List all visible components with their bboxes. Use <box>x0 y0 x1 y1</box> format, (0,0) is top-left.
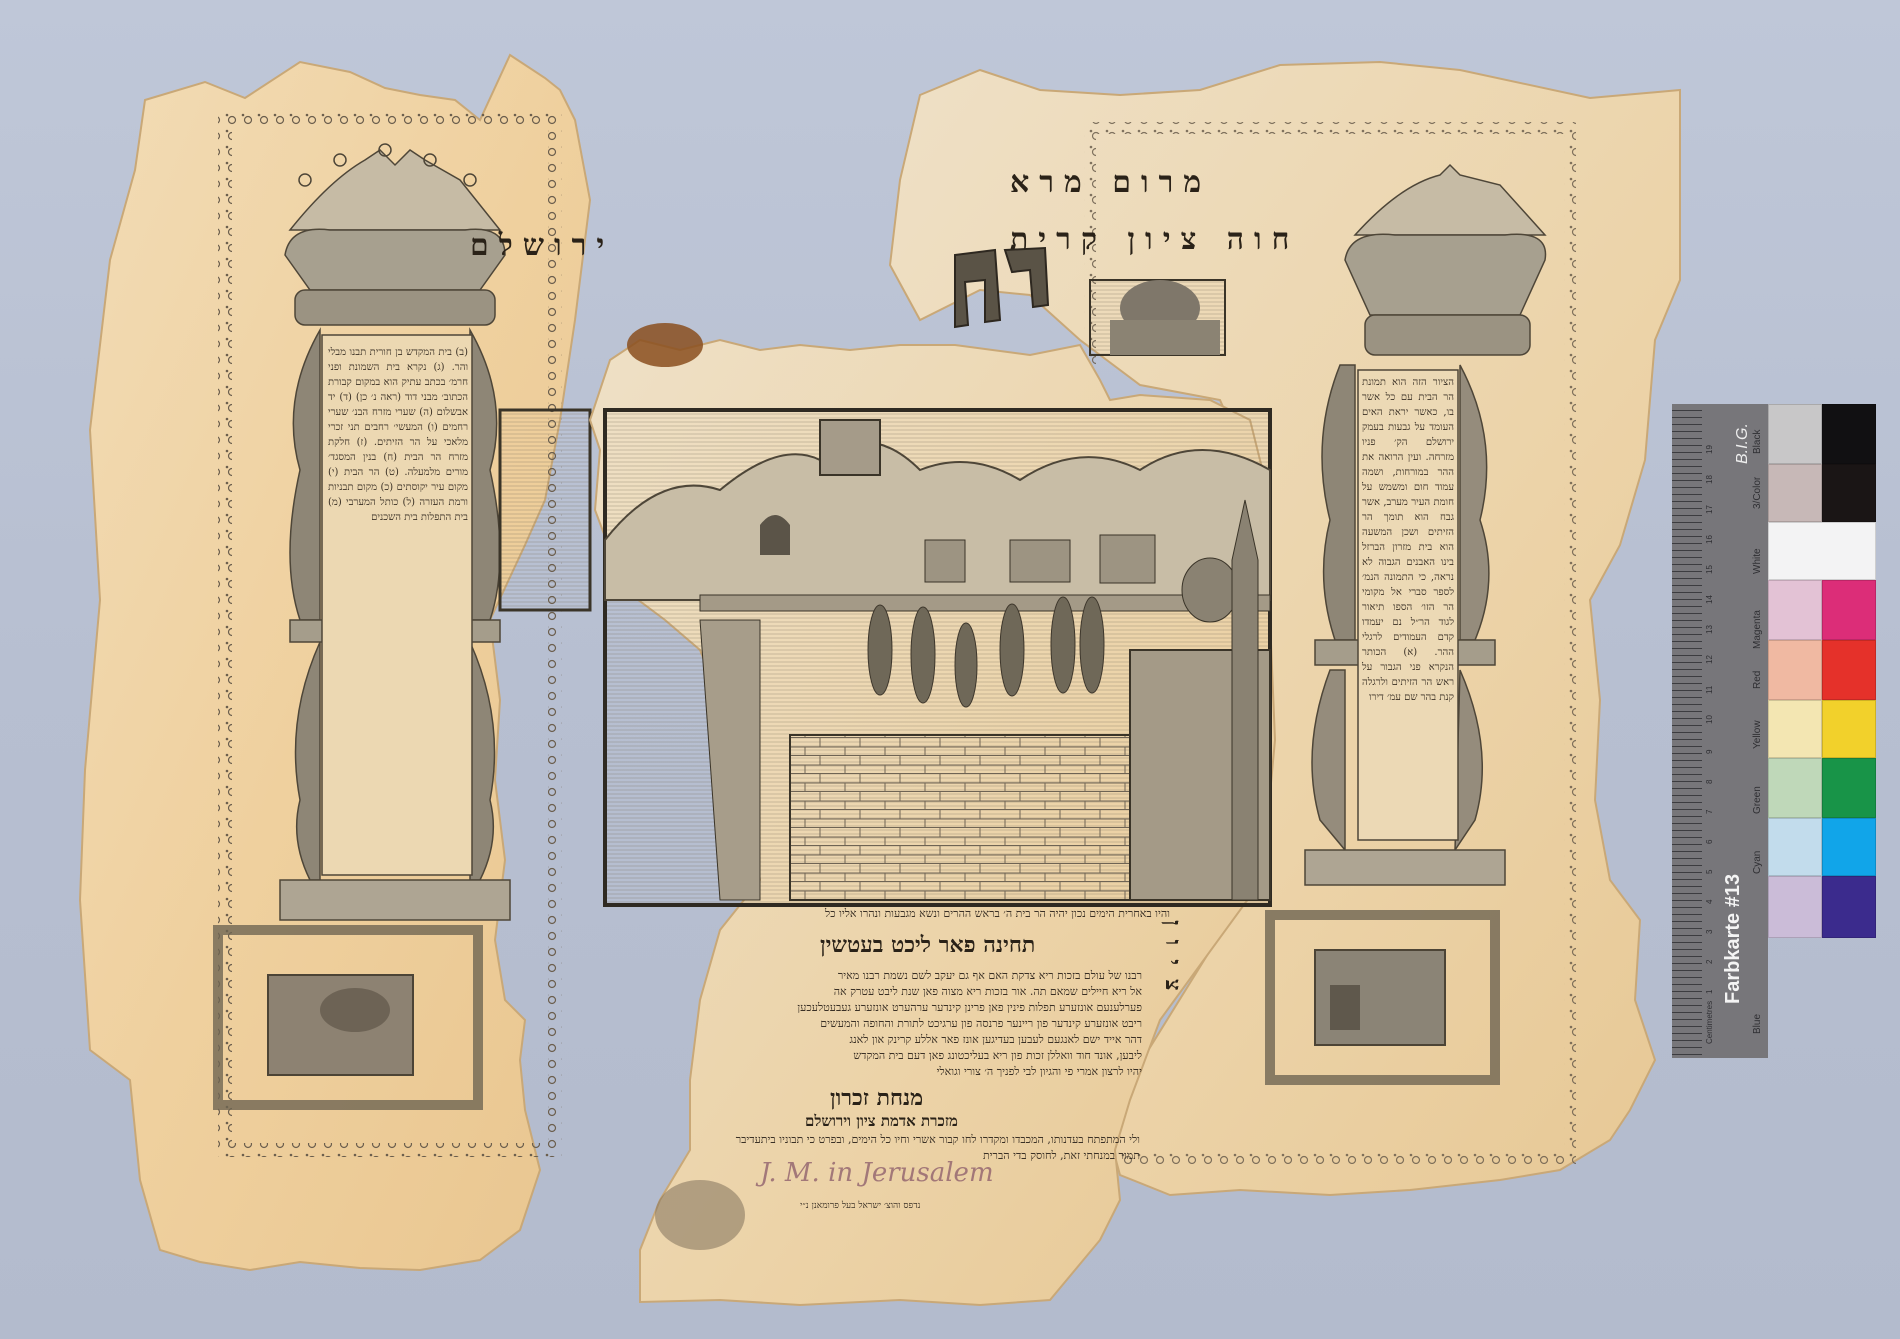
vertical-hebrew-text: ציון <box>1160 920 1186 1005</box>
body-line: ליבען, אונד חוד וואללן זכות פון ריא בעלי… <box>712 1048 1142 1064</box>
color-calibration-card: B.I.G. Farbkarte #13 Centimetres 1 2 3 4… <box>1672 404 1878 1058</box>
ruler-ticks <box>1672 404 1702 1058</box>
swatch-green <box>1822 758 1876 818</box>
swatch-blue <box>1822 876 1876 938</box>
body-line: ריבט אונזערע קינדער פון ריינער פרנסה פון… <box>712 1016 1142 1032</box>
right-heading-line-1: מרום מרא <box>1010 165 1211 200</box>
swatch-green-light <box>1768 758 1822 818</box>
ruler-number: 18 <box>1705 475 1714 484</box>
center-caption-line: והיו באחרית הימים נכון יהיה הר בית ה׳ בר… <box>770 906 1170 922</box>
body-line: אל ריא חיילים שמאם תה. אור בזכות ריא מצו… <box>712 984 1142 1000</box>
ruler-number: 12 <box>1705 655 1714 664</box>
ruler-number: 7 <box>1705 810 1714 814</box>
ruler-number: 13 <box>1705 625 1714 634</box>
swatch-cyan <box>1822 818 1876 876</box>
ruler: B.I.G. Farbkarte #13 Centimetres 1 2 3 4… <box>1672 404 1768 1058</box>
jerusalem-temple-mount-engraving <box>605 410 1270 905</box>
ruler-number: 2 <box>1705 960 1714 964</box>
right-heading-line-2: חוה ציון קרית <box>1010 222 1299 257</box>
center-section-title-2: מנחת זכרון <box>830 1085 923 1111</box>
patch-label: Cyan <box>1752 851 1763 874</box>
swatch-white <box>1768 522 1876 580</box>
swatch-3color-light <box>1768 464 1822 522</box>
photograph: ירושלם (ב) בית המקדש בן חורית תבנו מבלי … <box>0 0 1900 1339</box>
body-line: רבנו של עולם בזכות ריא צדקת האם אף גם יע… <box>712 968 1142 984</box>
ruler-number: 11 <box>1705 686 1714 694</box>
swatch-3color <box>1822 464 1876 522</box>
patch-label: Magenta <box>1752 610 1763 649</box>
swatch-magenta-light <box>1768 580 1822 640</box>
ruler-number: 1 <box>1705 990 1714 994</box>
patch-label: Red <box>1752 671 1763 689</box>
ruler-number: 10 <box>1705 715 1714 724</box>
unit-label: Centimetres <box>1705 1001 1714 1044</box>
ruler-number: 5 <box>1705 870 1714 874</box>
ruler-number: 9 <box>1705 750 1714 754</box>
swatch-yellow <box>1822 700 1876 758</box>
center-body-text: רבנו של עולם בזכות ריא צדקת האם אף גם יע… <box>712 968 1142 1080</box>
swatch-red <box>1822 640 1876 700</box>
swatch-yellow-light <box>1768 700 1822 758</box>
left-heading-text: ירושלם <box>470 228 614 263</box>
ruler-number: 8 <box>1705 780 1714 784</box>
center-subtitle: מזכרת אדמת ציון וירושלם <box>805 1112 958 1131</box>
patch-label: White <box>1752 548 1763 574</box>
right-column-text: הציור הזה הוא תמונת הר הבית עם כל אשר בו… <box>1362 375 1454 835</box>
center-section-title-1: תחינה פאר ליכט בעטשין <box>820 932 1035 958</box>
swatch-magenta <box>1822 580 1876 640</box>
body-line: יהיו לרצון אמרי פי והגיון לבי לפניך ה׳ צ… <box>712 1064 1142 1080</box>
stain <box>627 323 703 367</box>
body-line: דהר אייד ישם לאנגעם לעבען בעדיגען אונז פ… <box>712 1032 1142 1048</box>
card-title: Farbkarte #13 <box>1722 874 1745 1004</box>
swatch-blue-light <box>1768 876 1822 938</box>
patch-label: 3/Color <box>1752 477 1763 509</box>
ruler-number: 4 <box>1705 900 1714 904</box>
left-column-text: (ב) בית המקדש בן חורית תבנו מבלי והר. (ג… <box>328 345 468 865</box>
body-line: פערלענעם אונזערע תפלות פינין פאן פרינן ק… <box>712 1000 1142 1016</box>
swatch-cyan-light <box>1768 818 1822 876</box>
printer-line: נדפס והוצ׳ ישראל בעל פרומאנן נ״י <box>800 1200 920 1211</box>
dome-building-illustration <box>1090 280 1225 355</box>
card-brand: B.I.G. <box>1734 423 1752 464</box>
ruler-number: 14 <box>1705 595 1714 604</box>
ruler-number: 17 <box>1705 505 1714 514</box>
swatch-red-light <box>1768 640 1822 700</box>
ruler-number: 3 <box>1705 930 1714 934</box>
swatch-black-light <box>1768 404 1822 464</box>
ruler-number: 6 <box>1705 840 1714 844</box>
footer-line: ולי המתפתח בעדנותו, המכבדו ומקדרו לחו קב… <box>660 1132 1140 1148</box>
swatch-black <box>1822 404 1876 464</box>
ruler-number: 19 <box>1705 445 1714 454</box>
patch-label: Blue <box>1752 1014 1763 1034</box>
ruler-number: 16 <box>1705 535 1714 544</box>
patch-label: Green <box>1752 786 1763 814</box>
patch-label: Yellow <box>1752 720 1763 749</box>
handwritten-signature: J. M. in Jerusalem <box>760 1158 994 1188</box>
ruler-number: 15 <box>1705 565 1714 574</box>
patch-label: Black <box>1752 430 1763 454</box>
